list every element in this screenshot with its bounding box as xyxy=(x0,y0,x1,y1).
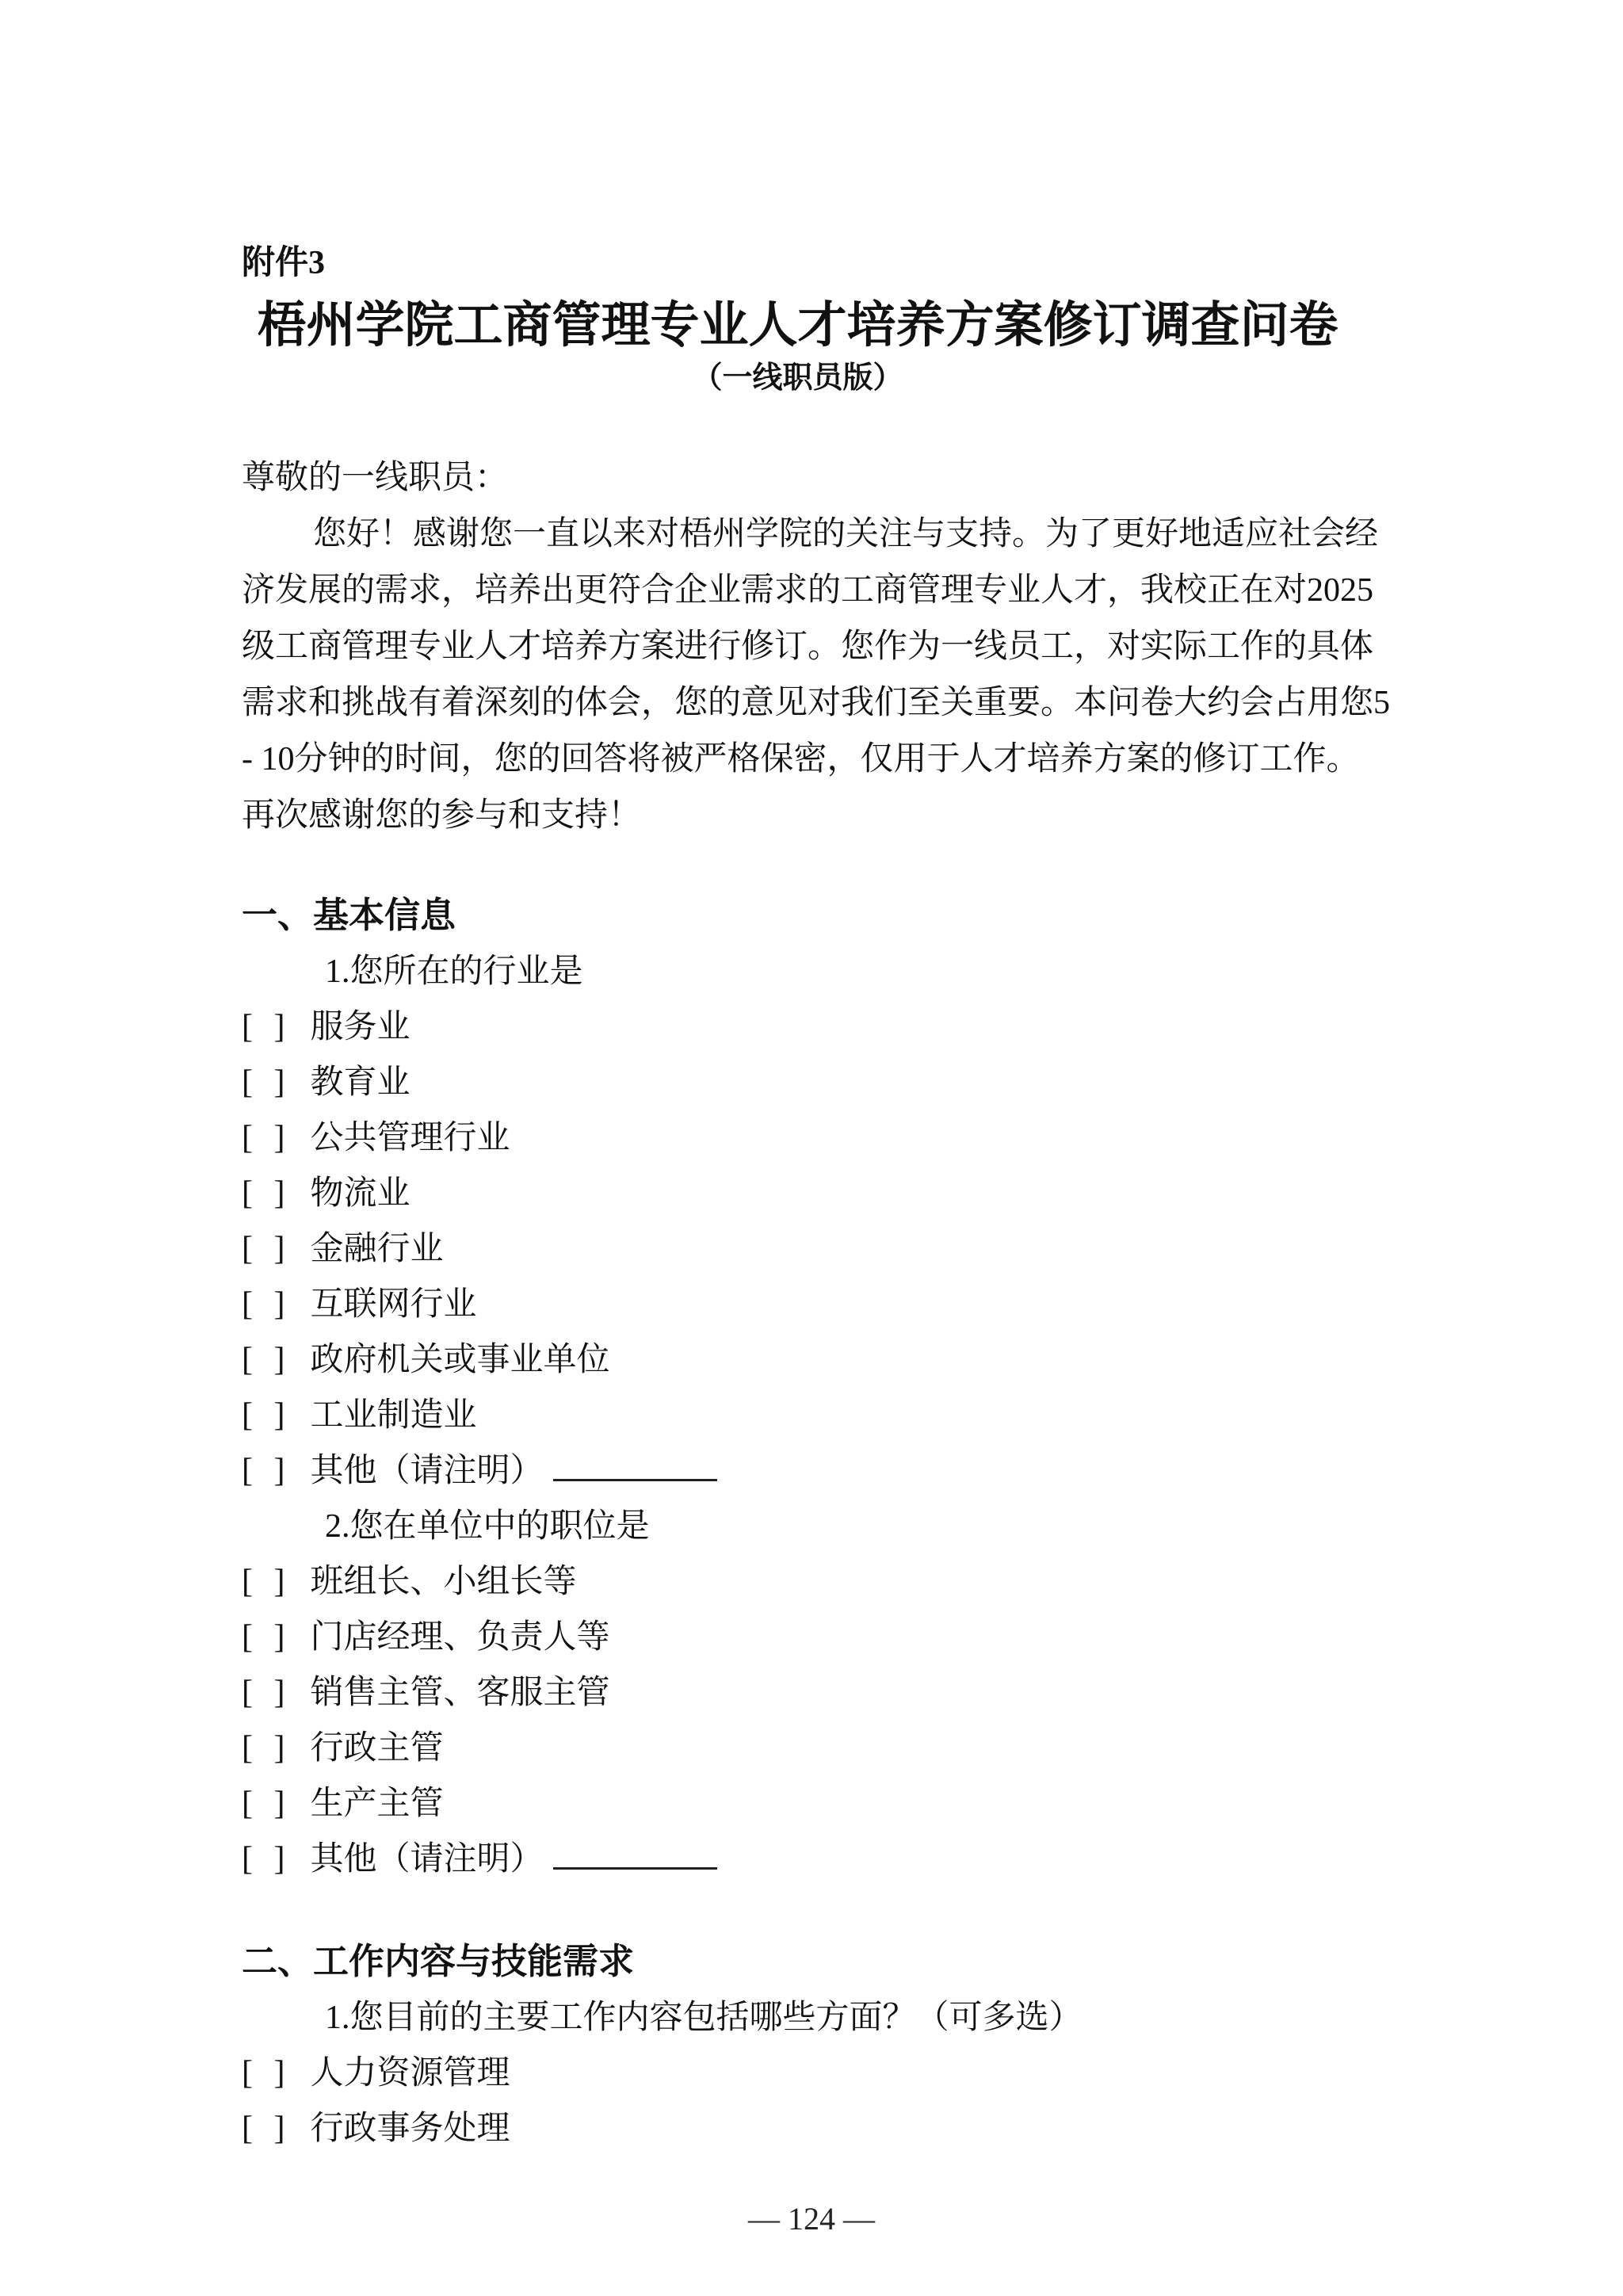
option-label: 物流业 xyxy=(310,1175,410,1212)
checkbox-icon: [ ] xyxy=(242,1721,291,1776)
attachment-label: 附件3 xyxy=(242,246,1354,281)
intro-line-3: 级工商管理专业人才培养方案进行修订。您作为一线员工，对实际工作的具体 xyxy=(242,619,1354,675)
option-row: [ ]生产主管 xyxy=(242,1776,1354,1832)
greeting-line: 尊敬的一线职员： xyxy=(242,450,1354,506)
option-label: 人力资源管理 xyxy=(310,2055,510,2092)
checkbox-icon: [ ] xyxy=(242,2101,291,2157)
checkbox-icon: [ ] xyxy=(242,1110,291,1166)
option-label: 销售主管、客服主管 xyxy=(310,1675,609,1711)
option-row: [ ]服务业 xyxy=(242,999,1354,1055)
option-row: [ ]公共管理行业 xyxy=(242,1110,1354,1166)
question-3-label: 1.您目前的主要工作内容包括哪些方面？（可多选） xyxy=(242,1990,1354,2046)
option-row: [ ]政府机关或事业单位 xyxy=(242,1332,1354,1388)
page-subtitle: （一线职员版） xyxy=(242,360,1354,396)
option-label: 金融行业 xyxy=(310,1231,443,1267)
checkbox-icon: [ ] xyxy=(242,1166,291,1221)
checkbox-icon: [ ] xyxy=(242,1443,291,1499)
option-label: 工业制造业 xyxy=(310,1397,476,1434)
intro-line-1: 您好！感谢您一直以来对梧州学院的关注与支持。为了更好地适应社会经 xyxy=(242,506,1354,563)
question-2-label: 2.您在单位中的职位是 xyxy=(242,1499,1354,1554)
option-label: 教育业 xyxy=(310,1064,410,1101)
option-label: 公共管理行业 xyxy=(310,1120,510,1156)
intro-line-6: 再次感谢您的参与和支持！ xyxy=(242,788,1354,844)
intro-line-5: - 10分钟的时间，您的回答将被严格保密，仅用于人才培养方案的修订工作。 xyxy=(242,732,1354,788)
section-heading-2: 二、工作内容与技能需求 xyxy=(242,1933,1354,1990)
checkbox-icon: [ ] xyxy=(242,999,291,1055)
option-label: 服务业 xyxy=(310,1009,410,1045)
question-1-label: 1.您所在的行业是 xyxy=(242,944,1354,999)
section-basic-info: 一、基本信息 1.您所在的行业是 [ ]服务业 [ ]教育业 [ ]公共管理行业… xyxy=(242,887,1354,1887)
option-label: 行政事务处理 xyxy=(310,2111,510,2147)
option-row: [ ]互联网行业 xyxy=(242,1277,1354,1332)
checkbox-icon: [ ] xyxy=(242,1221,291,1277)
section-work-content: 二、工作内容与技能需求 1.您目前的主要工作内容包括哪些方面？（可多选） [ ]… xyxy=(242,1933,1354,2157)
section-heading-1: 一、基本信息 xyxy=(242,887,1354,944)
checkbox-icon: [ ] xyxy=(242,1332,291,1388)
checkbox-icon: [ ] xyxy=(242,1776,291,1832)
checkbox-icon: [ ] xyxy=(242,1832,291,1887)
intro-line-2: 济发展的需求，培养出更符合企业需求的工商管理专业人才，我校正在对2025 xyxy=(242,563,1354,619)
option-row: [ ]人力资源管理 xyxy=(242,2046,1354,2101)
option-label: 互联网行业 xyxy=(310,1286,476,1323)
option-row: [ ]物流业 xyxy=(242,1166,1354,1221)
checkbox-icon: [ ] xyxy=(242,1055,291,1110)
option-row: [ ]门店经理、负责人等 xyxy=(242,1610,1354,1665)
intro-paragraph: 尊敬的一线职员： 您好！感谢您一直以来对梧州学院的关注与支持。为了更好地适应社会… xyxy=(242,450,1354,844)
option-row: [ ]行政事务处理 xyxy=(242,2101,1354,2157)
fill-in-blank xyxy=(553,1837,717,1870)
option-row: [ ]行政主管 xyxy=(242,1721,1354,1776)
document-page: 附件3 梧州学院工商管理专业人才培养方案修订调查问卷 （一线职员版） 尊敬的一线… xyxy=(0,0,1623,2296)
option-row-other: [ ]其他（请注明） xyxy=(242,1832,1354,1887)
option-label: 政府机关或事业单位 xyxy=(310,1342,609,1378)
page-number: — 124 — xyxy=(0,2202,1623,2237)
checkbox-icon: [ ] xyxy=(242,1665,291,1721)
option-row: [ ]金融行业 xyxy=(242,1221,1354,1277)
option-label: 门店经理、负责人等 xyxy=(310,1619,609,1656)
option-row: [ ]销售主管、客服主管 xyxy=(242,1665,1354,1721)
page-title: 梧州学院工商管理专业人才培养方案修订调查问卷 xyxy=(242,298,1354,353)
checkbox-icon: [ ] xyxy=(242,1554,291,1610)
checkbox-icon: [ ] xyxy=(242,1610,291,1665)
option-row: [ ]教育业 xyxy=(242,1055,1354,1110)
option-label: 班组长、小组长等 xyxy=(310,1564,576,1600)
checkbox-icon: [ ] xyxy=(242,1277,291,1332)
option-row: [ ]工业制造业 xyxy=(242,1388,1354,1443)
intro-line-4: 需求和挑战有着深刻的体会，您的意见对我们至关重要。本问卷大约会占用您5 xyxy=(242,675,1354,732)
option-label: 生产主管 xyxy=(310,1786,443,1822)
option-row-other: [ ]其他（请注明） xyxy=(242,1443,1354,1499)
option-label: 其他（请注明） xyxy=(310,1453,543,1489)
option-row: [ ]班组长、小组长等 xyxy=(242,1554,1354,1610)
option-label: 行政主管 xyxy=(310,1730,443,1767)
checkbox-icon: [ ] xyxy=(242,1388,291,1443)
fill-in-blank xyxy=(553,1449,717,1481)
checkbox-icon: [ ] xyxy=(242,2046,291,2101)
option-label: 其他（请注明） xyxy=(310,1841,543,1878)
